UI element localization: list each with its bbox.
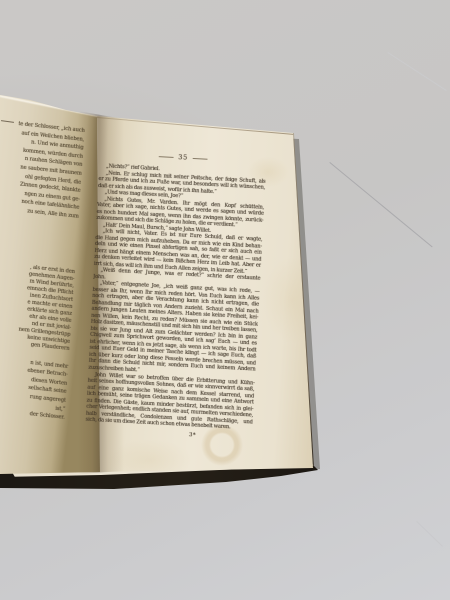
right-page-text: 35 „Nichts?“ rief Gabriel.„Nein. Er schl… [85, 149, 267, 441]
left-page-fragment-group: n ist, und mehrebener Betrach-diesen Wor… [0, 349, 69, 423]
photo-background: te der Schlosser, „ich auchauf ein Weilc… [0, 0, 450, 600]
left-page-fragment-group: , als er erst in dengenehmen Augen-m Win… [0, 255, 75, 353]
page-number: 35 [178, 153, 188, 162]
text-block: „Nichts?“ rief Gabriel.„Nein. Er schlug … [85, 163, 266, 432]
surface-scratch [329, 162, 432, 247]
left-page-fragment-group: te der Schlosser, „ich auchauf ein Weilc… [0, 113, 85, 221]
header-rule-right [193, 158, 208, 160]
left-page-text: te der Schlosser, „ich auchauf ein Weilc… [0, 113, 85, 422]
surface-scratch [416, 521, 443, 547]
left-page-top-edge-highlight [0, 95, 98, 117]
surface-scratch [387, 52, 446, 91]
header-rule-left [158, 156, 173, 158]
